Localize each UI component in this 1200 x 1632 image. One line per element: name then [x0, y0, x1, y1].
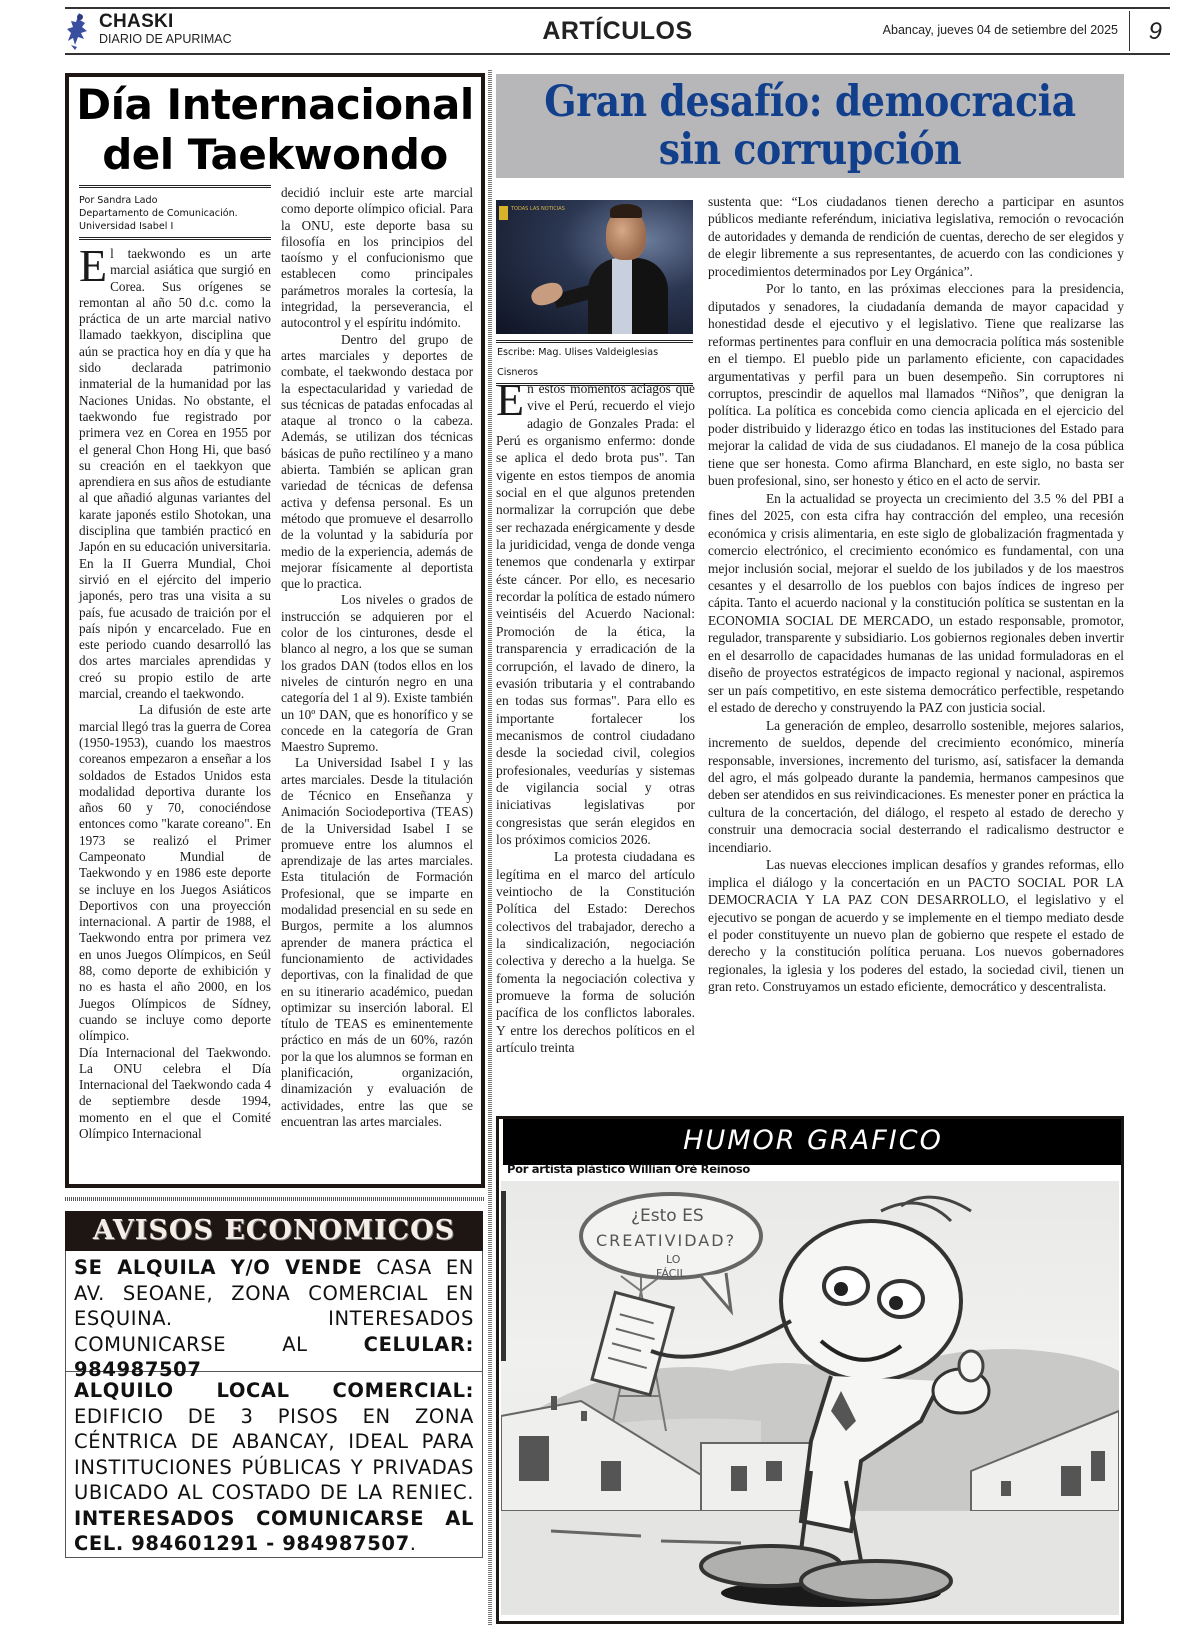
title-line-2: sin corrupción: [659, 125, 962, 175]
paragraph-text: n estos momentos aciagos que vive el Per…: [496, 381, 695, 847]
column-divider: [488, 70, 492, 1625]
ad-lead: SE ALQUILA Y/O VENDE: [74, 1256, 362, 1279]
paragraph: Dentro del grupo de artes marciales y de…: [281, 332, 473, 593]
comic-header-edge: [499, 1119, 505, 1165]
svg-text:CREATIVIDAD?: CREATIVIDAD?: [596, 1231, 736, 1250]
paragraph: Los niveles o grados de instrucción se a…: [281, 592, 473, 755]
drop-cap: E: [79, 248, 107, 284]
tv-channel-logo-icon: [499, 206, 508, 220]
cartoon-illustration: ¿Esto ES CREATIVIDAD? LO FÁCIL: [501, 1181, 1119, 1615]
drop-cap: E: [496, 382, 524, 418]
dotted-divider: [65, 1197, 485, 1201]
byline-department: Departamento de Comunicación.: [79, 207, 271, 220]
svg-text:LO: LO: [666, 1253, 681, 1266]
author-photo: TODAS LAS NOTICIAS: [496, 200, 693, 334]
article-column-1: Por Sandra Lado Departamento de Comunica…: [79, 185, 271, 1142]
title-line-1: Día Internacional: [76, 80, 474, 129]
tv-channel-tag: TODAS LAS NOTICIAS: [511, 206, 565, 212]
svg-text:FÁCIL: FÁCIL: [656, 1267, 687, 1280]
paragraph: Por lo tanto, en las próximas elecciones…: [708, 280, 1124, 489]
article-taekwondo: Día Internacional del Taekwondo Por Sand…: [65, 73, 485, 1188]
comic-header: HUMOR GRAFICO: [505, 1119, 1121, 1165]
title-line-1: Gran desafío: democracia: [544, 77, 1076, 127]
publication-date: Abancay, jueves 04 de setiembre del 2025: [883, 23, 1118, 37]
article-header-gran-desafio: Gran desafío: democracia sin corrupción: [496, 74, 1124, 178]
article-column-2: sustenta que: “Los ciudadanos tienen der…: [708, 193, 1124, 996]
paragraph: La difusión de este arte marcial llegó t…: [79, 702, 271, 1044]
article-column-1: En estos momentos aciagos que vive el Pe…: [496, 380, 695, 1056]
article-title: Gran desafío: democracia sin corrupción: [534, 78, 1087, 174]
title-line-2: del Taekwondo: [102, 130, 448, 179]
page-number: 9: [1149, 18, 1162, 46]
comic-section: HUMOR GRAFICO Por artista plástico Willi…: [496, 1116, 1124, 1624]
ad-end: .: [410, 1532, 417, 1555]
classifieds-header: AVISOS ECONOMICOS: [65, 1211, 483, 1251]
article-title: Día Internacional del Taekwondo: [69, 80, 481, 180]
classified-ad-local: ALQUILO LOCAL COMERCIAL: EDIFICIO DE 3 P…: [65, 1372, 483, 1558]
paragraph: La generación de empleo, desarrollo sost…: [708, 717, 1124, 857]
ad-lead: ALQUILO LOCAL COMERCIAL:: [74, 1379, 474, 1402]
byline: Por Sandra Lado Departamento de Comunica…: [79, 185, 271, 240]
cartoon-drawing-icon: ¿Esto ES CREATIVIDAD? LO FÁCIL: [501, 1181, 1119, 1615]
masthead: CHASKI DIARIO DE APURIMAC ARTÍCULOS Aban…: [65, 7, 1170, 55]
byline-author: Por Sandra Lado: [79, 194, 271, 207]
paragraph: sustenta que: “Los ciudadanos tienen der…: [708, 193, 1124, 280]
classified-ad-house: SE ALQUILA Y/O VENDE CASA EN AV. SEOANE,…: [65, 1251, 483, 1372]
byline-university: Universidad Isabel I: [79, 220, 271, 233]
paragraph: El taekwondo es un arte marcial asiática…: [79, 246, 271, 702]
article-columns: Por Sandra Lado Departamento de Comunica…: [79, 185, 474, 1142]
photo-figure-hair: [610, 204, 642, 218]
comic-credit: Por artista plástico Willian Oré Reinoso: [507, 1162, 750, 1176]
paragraph: En la actualidad se proyecta un crecimie…: [708, 490, 1124, 717]
paragraph: Día Internacional del Taekwondo. La ONU …: [79, 1045, 271, 1143]
ad-body: EDIFICIO DE 3 PISOS EN ZONA CÉNTRICA DE …: [74, 1405, 474, 1505]
paragraph: La protesta ciudadana es legítima en el …: [496, 848, 695, 1056]
paragraph: Las nuevas elecciones implican desafíos …: [708, 856, 1124, 996]
article-column-2: decidió incluir este arte marcial como d…: [281, 185, 473, 1142]
paragraph: En estos momentos aciagos que vive el Pe…: [496, 380, 695, 848]
header-divider: [1129, 11, 1130, 51]
paragraph-text: l taekwondo es un arte marcial asiática …: [79, 246, 271, 701]
paragraph: decidió incluir este arte marcial como d…: [281, 185, 473, 332]
paragraph: La Universidad Isabel I y las artes marc…: [281, 755, 473, 1130]
svg-text:¿Esto ES: ¿Esto ES: [631, 1206, 704, 1226]
